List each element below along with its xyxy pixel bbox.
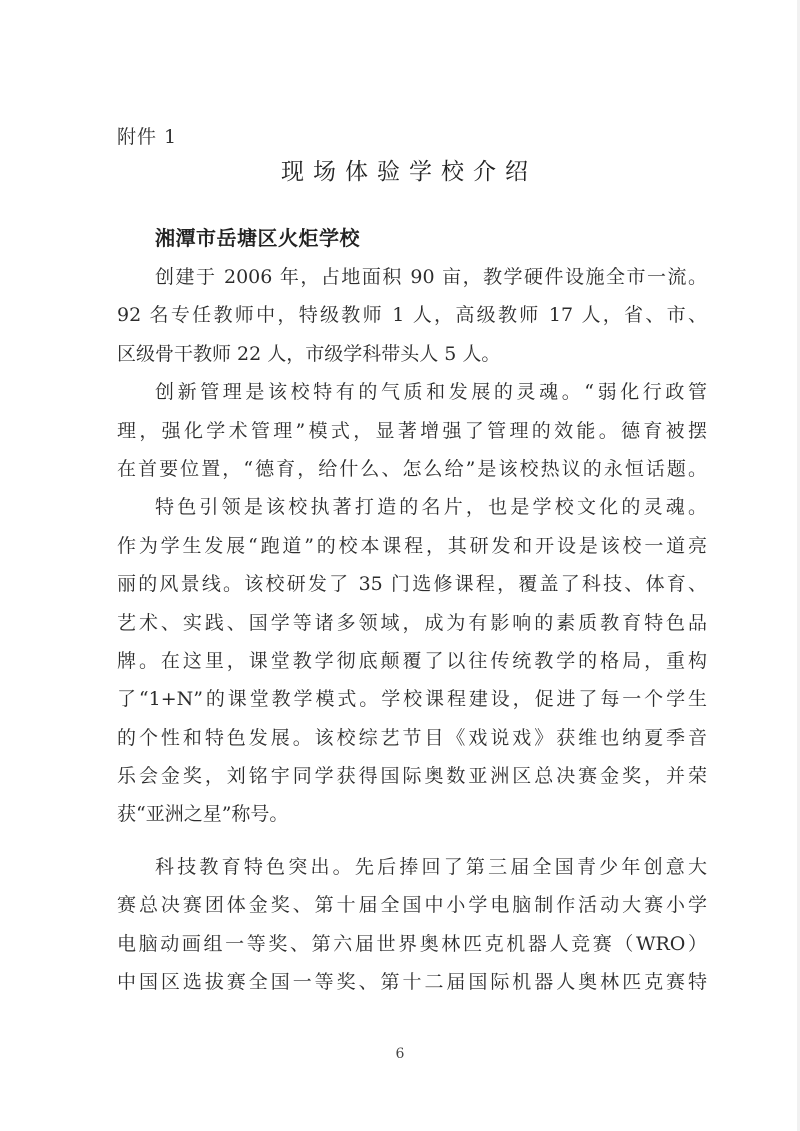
paragraph-line: 科技教育特色突出。先后捧回了第三届全国青少年创意大 [117,848,707,886]
paragraph-gap [117,834,717,848]
paragraph-line: 艺术、实践、国学等诸多领域，成为有影响的素质教育特色品 [117,604,707,642]
paragraph-line: 92 名专任教师中，特级教师 1 人，高级教师 17 人，省、市、 [117,296,707,334]
paragraph-line: 获“亚洲之星”称号。 [117,795,707,833]
paragraph-line: 理，强化学术管理”模式，显著增强了管理的效能。德育被摆 [117,412,707,450]
paragraph-line: 电脑动画组一等奖、第六届世界奥林匹克机器人竞赛（WRO） [117,925,707,963]
paragraph-line: 区级骨干教师 22 人，市级学科带头人 5 人。 [117,335,707,373]
paragraph-line: 在首要位置，“德育，给什么、怎么给”是该校热议的永恒话题。 [117,450,707,488]
paragraph-line: 特色引领是该校执著打造的名片，也是学校文化的灵魂。 [117,488,707,526]
paragraph-line: 了“1+N”的课堂教学模式。学校课程建设，促进了每一个学生 [117,680,707,718]
paragraph-line: 乐会金奖，刘铭宇同学获得国际奥数亚洲区总决赛金奖，并荣 [117,757,707,795]
paragraph-line: 赛总决赛团体金奖、第十届全国中小学电脑制作活动大赛小学 [117,886,707,924]
attachment-label: 附件 1 [117,122,177,149]
school-heading: 湘潭市岳塘区火炬学校 [155,222,360,251]
paragraph-line: 牌。在这里，课堂教学彻底颠覆了以往传统教学的格局，重构 [117,642,707,680]
paragraph-line: 丽的风景线。该校研发了 35 门选修课程，覆盖了科技、体育、 [117,565,707,603]
paragraph-line: 创新管理是该校特有的气质和发展的灵魂。“弱化行政管 [117,373,707,411]
paragraph-line: 中国区选拔赛全国一等奖、第十二届国际机器人奥林匹克赛特 [117,963,707,1001]
paragraph-line: 创建于 2006 年，占地面积 90 亩，教学硬件设施全市一流。 [117,258,707,296]
document-page: 附件 1 现场体验学校介绍 湘潭市岳塘区火炬学校 创建于 2006 年，占地面积… [0,0,800,1131]
document-body: 创建于 2006 年，占地面积 90 亩，教学硬件设施全市一流。 92 名专任教… [117,258,717,1001]
paragraph-line: 作为学生发展“跑道”的校本课程，其研发和开设是该校一道亮 [117,527,707,565]
page-number: 6 [0,1046,800,1062]
paragraph-line: 的个性和特色发展。该校综艺节目《戏说戏》获维也纳夏季音 [117,719,707,757]
page-title: 现场体验学校介绍 [0,153,800,186]
